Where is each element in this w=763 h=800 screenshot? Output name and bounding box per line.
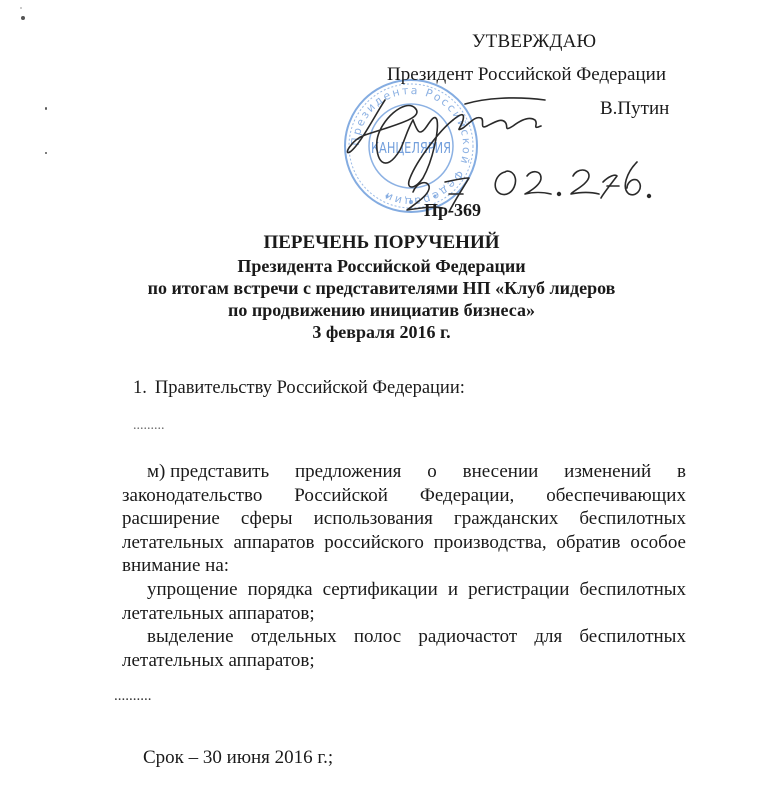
- word: Российской: [294, 484, 388, 508]
- omission-marker: ..........: [114, 688, 152, 705]
- approval-role: Президент Российской Федерации: [387, 64, 666, 86]
- paragraph-line: летательных аппаратов;: [122, 602, 686, 626]
- paragraph-line: законодательство Российской Федерации, о…: [122, 484, 686, 508]
- word: обеспечивающих: [546, 484, 686, 508]
- item-title: Правительству Российской Федерации:: [155, 378, 465, 398]
- document-title: ПЕРЕЧЕНЬ ПОРУЧЕНИЙ: [0, 232, 763, 253]
- scan-speck: [45, 152, 47, 154]
- scan-speck: [20, 7, 22, 9]
- word: м) представить: [147, 460, 269, 484]
- document-subtitle-issuer: Президента Российской Федерации: [0, 256, 763, 277]
- word: полос: [354, 625, 401, 649]
- document-subtitle-context-cont: по продвижению инициатив бизнеса»: [0, 300, 763, 321]
- paragraph-line: расширение сферы использования гражданск…: [122, 507, 686, 531]
- handwritten-signature: [345, 90, 685, 215]
- paragraph-line: внимание на:: [122, 554, 686, 578]
- document-date: 3 февраля 2016 г.: [0, 322, 763, 343]
- word: внесении: [463, 460, 539, 484]
- word: сферы: [241, 507, 293, 531]
- scan-speck: [21, 16, 25, 20]
- word: Федерации,: [420, 484, 514, 508]
- scan-speck: [45, 107, 47, 110]
- deadline: Срок – 30 июня 2016 г.;: [143, 747, 333, 769]
- paragraph-line: выделение отдельных полос радиочастот дл…: [122, 625, 686, 649]
- omission-marker: .........: [133, 418, 165, 434]
- paragraph-line: м) представить предложения о внесении из…: [122, 460, 686, 484]
- word: беспилотных: [579, 625, 686, 649]
- word: выделение: [147, 625, 234, 649]
- word: гражданских: [454, 507, 558, 531]
- word: для: [534, 625, 562, 649]
- word: о: [427, 460, 437, 484]
- word: использования: [314, 507, 433, 531]
- word: радиочастот: [418, 625, 517, 649]
- word: изменений: [564, 460, 651, 484]
- paragraph-line: летательных аппаратов;: [122, 649, 686, 673]
- paragraph-line: летательных аппаратов российского произв…: [122, 531, 686, 555]
- paragraph-m: м) представить предложения о внесении из…: [122, 460, 686, 578]
- document-subtitle-context: по итогам встречи с представителями НП «…: [0, 278, 763, 299]
- sub-point-radio-frequencies: выделение отдельных полос радиочастот дл…: [122, 625, 686, 672]
- item-heading: 1.Правительству Российской Федерации:: [133, 378, 465, 399]
- paragraph-line: упрощение порядка сертификации и регистр…: [122, 578, 686, 602]
- sub-point-certification: упрощение порядка сертификации и регистр…: [122, 578, 686, 625]
- document-number: Пр-369: [424, 200, 481, 221]
- word: в: [677, 460, 686, 484]
- item-number: 1.: [133, 378, 147, 398]
- word: законодательство: [122, 484, 262, 508]
- approval-title: УТВЕРЖДАЮ: [472, 31, 596, 53]
- word: отдельных: [251, 625, 337, 649]
- word: предложения: [295, 460, 401, 484]
- word: расширение: [122, 507, 220, 531]
- word: беспилотных: [579, 507, 686, 531]
